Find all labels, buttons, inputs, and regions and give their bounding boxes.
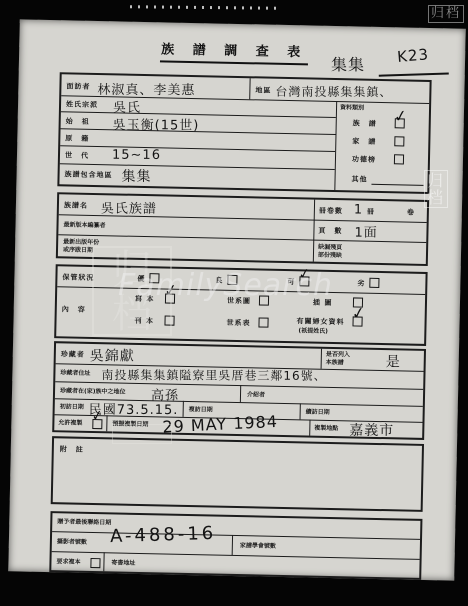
- origin-label: 原 籍: [65, 133, 89, 144]
- col-divider: [300, 403, 301, 419]
- col-divider: [249, 78, 250, 99]
- area-label: 地區: [255, 85, 271, 95]
- col-divider: [313, 200, 315, 262]
- holder-address-label: 珍藏者住址: [60, 369, 90, 377]
- cond-poor-label: 劣: [357, 279, 365, 289]
- generations-value: 15~16: [112, 148, 161, 163]
- third-visit-label: 續訪日期: [306, 408, 330, 416]
- microfilm-frame: { "title": "族 譜 調 查 表", "notes": { "town…: [0, 0, 468, 606]
- cond-poor-checkbox: [369, 278, 379, 288]
- copy-place-value: 嘉義市: [349, 420, 394, 440]
- block-admin: 贈予者最後聯絡日期 攝影者號數 A-488-16 家譜學會號數 要求複本 寄書地…: [49, 511, 422, 580]
- missing-pages-label-line1: 缺漏殘頁: [318, 244, 342, 252]
- founder-value: 吳玉衡(15世): [113, 114, 200, 133]
- condition-label: 保管狀況: [62, 272, 94, 283]
- listed-value: 是: [386, 351, 401, 371]
- pages-label: 頁 數: [318, 226, 342, 237]
- col-divider: [103, 552, 104, 571]
- surname-value: 吳氏: [113, 97, 141, 116]
- holder-value: 吳錦獻: [90, 345, 135, 365]
- permit-copy-label: 允許複製: [58, 419, 82, 427]
- row-divider: [52, 531, 420, 540]
- book-name-label: 族譜名: [64, 200, 88, 211]
- category-opt2-label: 家 譜: [352, 136, 376, 147]
- film-edge-specks: [130, 5, 280, 10]
- category-header: 資料類別: [340, 104, 364, 112]
- code-underline: [379, 73, 449, 77]
- donor-contact-label: 贈予者最後聯絡日期: [57, 518, 111, 526]
- copy-date-value: 29 MAY 1984: [162, 412, 278, 437]
- area-value: 台灣南投縣集集鎮、: [275, 83, 392, 100]
- volumes-value: 1: [354, 203, 363, 218]
- category-opt3-checkbox: [394, 154, 404, 164]
- interviewer-value: 林淑真、李美惠: [97, 79, 195, 98]
- col-divider: [309, 420, 310, 436]
- first-visit-label: 初訪日期: [60, 403, 84, 411]
- row-divider: [60, 145, 335, 152]
- listed-label-line2: 本族譜: [326, 359, 344, 366]
- block-notes: 附 註: [51, 436, 424, 512]
- volumes-unit1: 冊: [367, 207, 375, 217]
- col-divider: [334, 101, 337, 190]
- faint-stamp-box: [112, 424, 172, 444]
- editor-label: 最新版本編纂者: [63, 221, 105, 229]
- category-opt1-label: 族 譜: [353, 118, 377, 129]
- photographer-no-value: A-488-16: [110, 523, 217, 547]
- form-title: 族 譜 調 查 表: [160, 38, 308, 65]
- col-divider: [240, 385, 241, 402]
- listed-label-line1: 是否列入: [326, 351, 350, 359]
- category-other-line: [371, 184, 423, 186]
- generations-label: 世 代: [65, 150, 89, 161]
- copy-request-checkbox: [90, 558, 100, 568]
- content-label: 內 容: [62, 304, 86, 315]
- copy-request-label: 要求複本: [56, 558, 80, 566]
- content-women-data-label: 有關婦女資料: [296, 316, 344, 327]
- permit-copy-checkmark: ✓: [91, 410, 104, 422]
- handwritten-town-note: 集集: [331, 52, 365, 75]
- block-holder-visits: 珍藏者 吳錦獻 是否列入 本族譜 是 珍藏者住址 南投縣集集鎮隘寮里吳厝巷三鄰1…: [52, 341, 426, 440]
- second-visit-label: 複訪日期: [189, 406, 213, 414]
- handwritten-code-note: K23: [396, 45, 429, 66]
- surname-label: 姓氏宗派: [66, 99, 98, 110]
- col-divider: [321, 349, 322, 369]
- coverage-value: 集集: [122, 166, 152, 186]
- missing-pages-label-line2: 部份殘缺: [318, 252, 342, 260]
- category-opt3-label: 功德榜: [352, 154, 376, 165]
- interviewer-label: 面訪者: [66, 81, 90, 92]
- notes-label: 附 註: [60, 444, 84, 455]
- society-no-label: 家譜學會號數: [240, 542, 276, 550]
- category-opt1-checkmark: ✓: [393, 110, 408, 122]
- row-divider: [52, 551, 420, 560]
- holder-label: 珍藏者: [61, 349, 85, 360]
- col-divider: [183, 401, 184, 417]
- photographer-no-label: 攝影者號數: [57, 538, 87, 546]
- coverage-label: 族譜包含地區: [64, 169, 112, 180]
- content-pedigree-table-label: 世系表: [226, 318, 250, 329]
- volumes-label: 冊卷數: [319, 206, 343, 217]
- copy-place-label: 複製地點: [314, 425, 338, 433]
- pages-value: 1面: [354, 222, 377, 241]
- pub-year-label-line1: 最新出版年份: [63, 238, 99, 246]
- pub-year-label-line2: 或序跋日期: [63, 246, 93, 254]
- category-other-label: 其他: [351, 174, 367, 184]
- category-opt2-checkbox: [394, 136, 404, 146]
- mail-address-label: 寄書地址: [111, 559, 135, 567]
- col-divider: [232, 535, 233, 555]
- archive-stamp-right: 归档: [424, 170, 448, 208]
- introducer-label: 介紹者: [247, 391, 265, 398]
- archive-stamp-top-right: 归档: [428, 5, 464, 23]
- holder-position-label: 珍藏者在(家)族中之地位: [60, 387, 126, 395]
- content-women-data-checkmark: ✓: [351, 308, 366, 320]
- holder-address-value: 南投縣集集鎮隘寮里吳厝巷三鄰16號、: [101, 366, 326, 384]
- content-pedigree-table-checkbox: [258, 317, 268, 327]
- row-divider: [60, 163, 335, 170]
- content-women-data-note: (祇提姓氏): [298, 327, 328, 335]
- volumes-unit2: 卷: [407, 208, 415, 218]
- book-name-value: 吳氏族譜: [101, 198, 157, 217]
- familysearch-watermark: FamilySearch: [118, 268, 333, 303]
- founder-label: 始 祖: [66, 116, 90, 127]
- block-identification: 面訪者 林淑真、李美惠 地區 台灣南投縣集集鎮、 姓氏宗派 吳氏 始 祖 吳玉衡…: [57, 72, 431, 194]
